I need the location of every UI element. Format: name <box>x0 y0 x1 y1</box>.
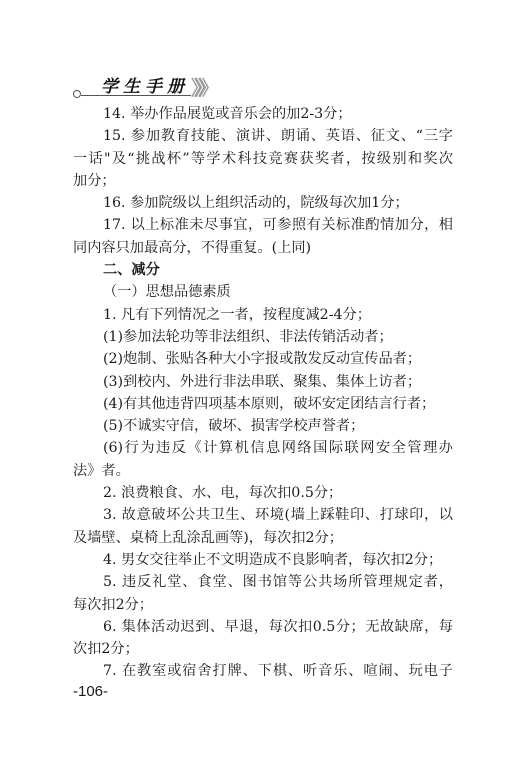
text-line: 同内容只加最高分，不得重复。(上同) <box>73 237 453 259</box>
text-line: 1. 凡有下列情况之一者，按程度减2-4分； <box>73 304 453 326</box>
text-line: 7. 在教室或宿舍打牌、下棋、听音乐、喧闹、玩电子 <box>73 660 453 682</box>
circle-ornament-icon <box>73 90 81 98</box>
text-line: 2. 浪费粮食、水、电，每次扣0.5分； <box>73 482 453 504</box>
text-line: (1)参加法轮功等非法组织、非法传销活动者； <box>73 326 453 348</box>
text-line: 每次扣2分； <box>73 594 453 616</box>
text-line: 4. 男女交往举止不文明造成不良影响者，每次扣2分； <box>73 549 453 571</box>
text-line: (6)行为违反《计算机信息网络国际联网安全管理办 <box>73 437 453 459</box>
chevrons-icon: 》》》 <box>191 72 213 101</box>
text-line: 17. 以上标准未尽事宜，可参照有关标准酌情加分，相 <box>73 214 453 236</box>
text-line: 3. 故意破坏公共卫生、环境(墙上踩鞋印、打球印，以 <box>73 504 453 526</box>
text-line: 一话"及“挑战杯”等学术科技竞赛获奖者，按级别和奖次 <box>73 148 453 170</box>
text-line: 次扣2分； <box>73 638 453 660</box>
text-line: 及墙壁、桌椅上乱涂乱画等)，每次扣2分； <box>73 527 453 549</box>
text-line: 16. 参加院级以上组织活动的，院级每次加1分； <box>73 192 453 214</box>
page-body: 14. 举办作品展览或音乐会的加2-3分；15. 参加教育技能、演讲、朗诵、英语… <box>73 103 453 683</box>
text-line: (4)有其他违背四项基本原则，破坏安定团结言行者； <box>73 393 453 415</box>
running-header: 学生手册 》》》 <box>73 70 233 100</box>
text-line: (5)不诚实守信，破坏、损害学校声誉者； <box>73 415 453 437</box>
text-line: (2)炮制、张贴各种大小字报或散发反动宣传品者； <box>73 348 453 370</box>
text-line: （一）思想品德素质 <box>73 281 453 303</box>
text-line: 15. 参加教育技能、演讲、朗诵、英语、征文、“三字 <box>73 125 453 147</box>
text-line: 6. 集体活动迟到、早退，每次扣0.5分；无故缺席，每 <box>73 616 453 638</box>
text-line: 14. 举办作品展览或音乐会的加2-3分； <box>73 103 453 125</box>
text-line: (3)到校内、外进行非法串联、聚集、集体上访者； <box>73 371 453 393</box>
book-title: 学生手册 <box>101 72 189 97</box>
page-number: -106- <box>73 683 108 700</box>
text-line: 法》者。 <box>73 460 453 482</box>
section-heading: 二、减分 <box>73 259 453 281</box>
text-line: 5. 违反礼堂、食堂、图书馆等公共场所管理规定者， <box>73 571 453 593</box>
text-line: 加分； <box>73 170 453 192</box>
